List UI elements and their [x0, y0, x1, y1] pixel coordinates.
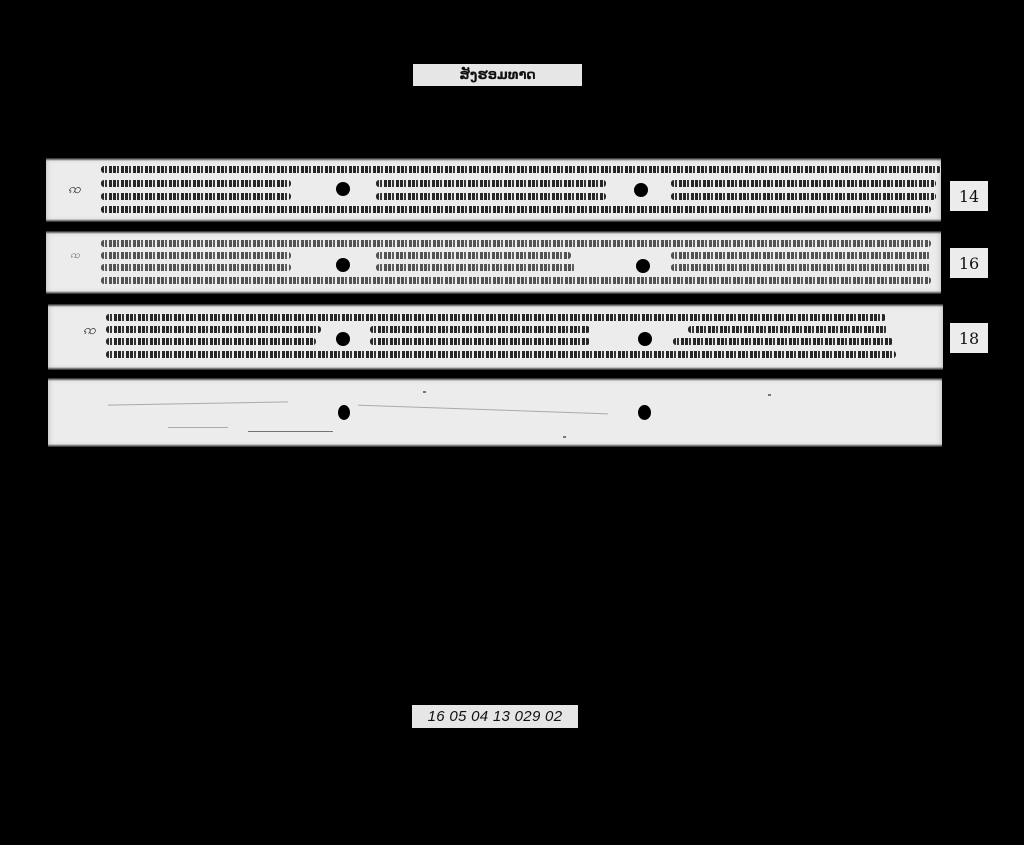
leaf-scratch — [108, 401, 288, 405]
script-line — [376, 193, 606, 200]
script-line — [376, 180, 606, 187]
script-line — [671, 252, 931, 259]
script-line — [671, 193, 936, 200]
binding-hole-left — [336, 258, 350, 272]
folio-marker: ꩡ — [83, 322, 96, 341]
script-line — [376, 264, 576, 271]
binding-hole-right — [638, 332, 652, 346]
script-line — [370, 326, 590, 333]
page-number-badge: 16 — [950, 248, 988, 278]
binding-hole-right — [636, 259, 650, 273]
folio-marker: ꩡ — [68, 181, 81, 200]
script-line — [671, 180, 936, 187]
script-line — [101, 277, 931, 284]
script-line — [671, 264, 931, 271]
script-line — [106, 314, 886, 321]
page-number-badge: 18 — [950, 323, 988, 353]
script-line — [688, 326, 888, 333]
manuscript-title-label: ສັງຮອມທາດ — [413, 64, 582, 86]
palm-leaf-1: ꩡ — [46, 158, 941, 222]
script-line — [101, 166, 941, 173]
script-line — [376, 252, 571, 259]
page-number-badge: 14 — [950, 181, 988, 211]
catalog-id-text: 16 05 04 13 029 02 — [428, 708, 563, 725]
leaf-speck — [768, 394, 771, 396]
script-line — [106, 351, 896, 358]
script-line — [101, 193, 291, 200]
leaf-speck — [563, 436, 566, 438]
palm-leaf-2: ꩡ — [46, 231, 941, 294]
leaf-scratch — [248, 431, 333, 432]
script-line — [101, 240, 931, 247]
folio-marker: ꩡ — [70, 248, 80, 263]
catalog-id-label: 16 05 04 13 029 02 — [412, 705, 578, 728]
binding-hole-right — [634, 183, 648, 197]
script-line — [101, 264, 291, 271]
binding-hole-left — [338, 405, 350, 420]
script-line — [673, 338, 893, 345]
script-line — [106, 326, 321, 333]
leaf-scratch — [168, 427, 228, 428]
title-text: ສັງຮອມທາດ — [459, 68, 535, 83]
script-line — [101, 252, 291, 259]
binding-hole-left — [336, 182, 350, 196]
script-line — [101, 206, 931, 213]
leaf-scratch — [358, 405, 608, 415]
script-line — [101, 180, 291, 187]
binding-hole-right — [638, 405, 651, 420]
palm-leaf-3: ꩡ — [48, 304, 943, 370]
palm-leaf-4-blank — [48, 378, 942, 447]
script-line — [370, 338, 590, 345]
script-line — [106, 338, 316, 345]
binding-hole-left — [336, 332, 350, 346]
leaf-speck — [423, 391, 426, 393]
